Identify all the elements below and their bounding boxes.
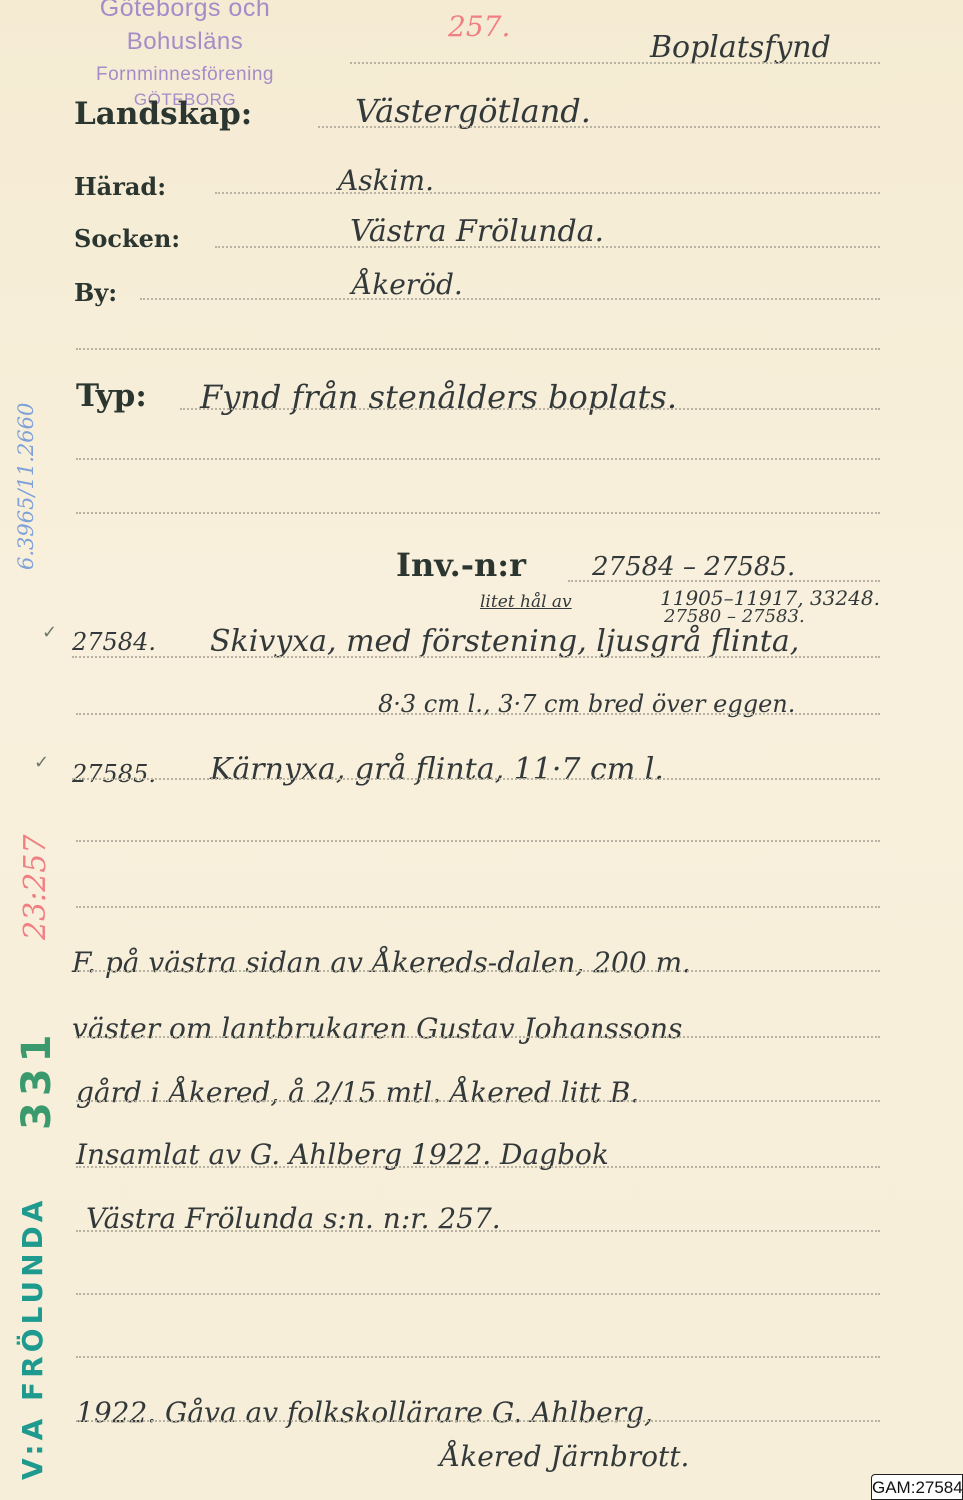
margin-green-number: 331 — [14, 1029, 60, 1131]
dotted-line — [215, 246, 880, 248]
harad-label: Härad: — [74, 172, 166, 201]
dotted-line — [76, 1100, 880, 1102]
find-note-line: F. på västra sidan av Åkereds-dalen, 200… — [72, 946, 691, 979]
dotted-line — [76, 1166, 880, 1168]
dotted-line — [318, 126, 880, 128]
margin-red-ref: 23:257 — [18, 834, 53, 940]
dotted-line — [568, 580, 880, 582]
catalog-id-label: GAM:27584 — [871, 1474, 963, 1500]
insert-annotation: litet hål av — [480, 592, 572, 612]
socken-label: Socken: — [74, 224, 180, 253]
item-description: Skivyxa, med förstening, ljusgrå flinta, — [210, 624, 799, 659]
margin-blue-ref: 6.3965/11.2660 — [14, 403, 38, 570]
acquisition-line-2: Åkered Järnbrott. — [440, 1440, 689, 1473]
dotted-line — [76, 906, 880, 908]
dotted-line — [72, 778, 880, 780]
dotted-line — [76, 1230, 880, 1232]
dotted-line — [215, 192, 880, 194]
dotted-line — [76, 1420, 880, 1422]
dotted-line — [76, 970, 880, 972]
dotted-line — [76, 1356, 880, 1358]
dotted-line — [76, 458, 880, 460]
item-number: 27584. — [72, 628, 156, 656]
dotted-line — [180, 408, 880, 410]
catalog-card: Göteborgs och Bohusläns Fornminnesföreni… — [0, 0, 963, 1500]
dotted-line — [140, 298, 880, 300]
typ-label: Typ: — [76, 378, 147, 414]
card-number-red: 257. — [448, 10, 510, 43]
margin-teal-stamp: V:A FRÖLUNDA — [16, 1197, 49, 1480]
category-text: Boplatsfynd — [650, 30, 831, 65]
by-value: Åkeröd. — [352, 268, 463, 301]
stamp-line-1: Göteborgs och — [60, 0, 310, 23]
find-note-line: gård i Åkered, å 2/15 mtl. Åkered litt B… — [76, 1076, 639, 1109]
landskap-label: Landskap: — [74, 96, 252, 132]
dotted-line — [76, 840, 880, 842]
dotted-line — [76, 1036, 880, 1038]
typ-value: Fynd från stenålders boplats. — [200, 378, 677, 416]
check-mark-icon: ✓ — [42, 622, 57, 643]
socken-value: Västra Frölunda. — [350, 214, 604, 249]
item-number: 27585. — [72, 760, 156, 788]
inv-label: Inv.-n:r — [396, 546, 526, 584]
by-label: By: — [74, 278, 117, 307]
dotted-line — [76, 1293, 880, 1295]
dotted-line — [76, 512, 880, 514]
landskap-value: Västergötland. — [355, 92, 591, 130]
stamp-line-2: Bohusläns — [60, 28, 310, 56]
acquisition-line-1: 1922. Gåva av folkskollärare G. Ahlberg, — [76, 1396, 653, 1429]
stamp-line-3: Fornminnesförening — [60, 64, 310, 86]
dotted-line — [76, 713, 880, 715]
check-mark-icon: ✓ — [34, 752, 49, 773]
dotted-line — [350, 62, 880, 64]
inv-value: 27584 – 27585. — [592, 552, 795, 582]
dotted-line — [76, 348, 880, 350]
item-description: Kärnyxa, grå flinta, 11·7 cm l. — [210, 752, 664, 787]
dotted-line — [72, 656, 880, 658]
find-note-line: väster om lantbrukaren Gustav Johanssons — [72, 1012, 682, 1045]
